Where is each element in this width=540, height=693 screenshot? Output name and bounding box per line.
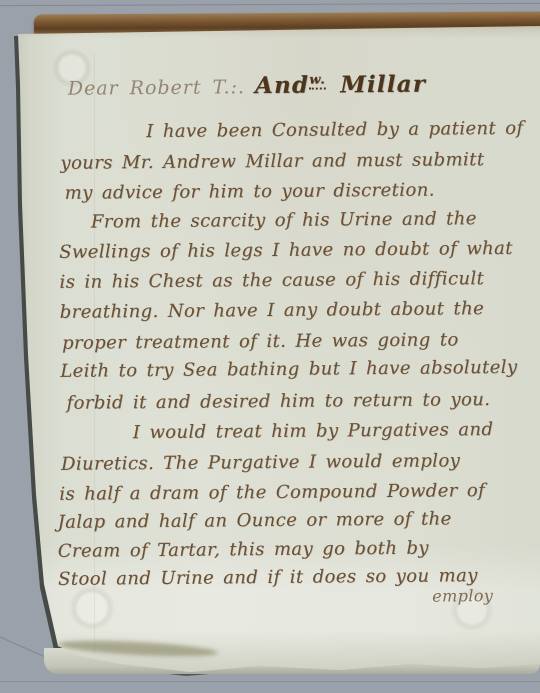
manuscript-line: forbid it and desired him to return to y…	[66, 389, 490, 414]
manuscript-line: I would treat him by Purgatives and	[133, 419, 494, 443]
manuscript-line: proper treatment of it. He was going to	[62, 329, 459, 353]
photograph-of-letter: Dear Robert T.:.Andw. Millar I have been…	[0, 0, 540, 693]
manuscript-line: my advice for him to your discretion.	[65, 180, 435, 204]
manuscript-line: Swellings of his legs I have no doubt of…	[59, 238, 513, 263]
manuscript-line: is half a dram of the Compound Powder of	[59, 480, 485, 505]
manuscript-line: breathing. Nor have I any doubt about th…	[60, 298, 485, 323]
manuscript-text: Dear Robert T.:.Andw. Millar I have been…	[0, 0, 540, 693]
manuscript-line: yours Mr. Andrew Millar and must submitt	[60, 149, 484, 174]
heading-patient-name: Andw. Millar	[255, 71, 426, 99]
manuscript-line: Leith to try Sea bathing but I have abso…	[60, 357, 517, 382]
manuscript-line: is in his Chest as the cause of his diff…	[59, 268, 484, 293]
heading-addressee: Dear Robert T.:.	[68, 76, 245, 100]
manuscript-line: From the scarcity of his Urine and the	[91, 208, 477, 232]
letter-heading: Dear Robert T.:.Andw. Millar	[68, 71, 427, 101]
superscript-w: w.	[309, 73, 326, 90]
manuscript-line: Diuretics. The Purgative I would employ	[61, 450, 460, 474]
manuscript-line: Jalap and half an Ounce or more of the	[57, 508, 451, 532]
catchword: employ	[432, 586, 493, 606]
manuscript-line: Cream of Tartar, this may go both by	[58, 538, 429, 562]
manuscript-line: Stool and Urine and if it does so you ma…	[58, 565, 478, 590]
manuscript-line: I have been Consulted by a patient of	[146, 118, 524, 142]
